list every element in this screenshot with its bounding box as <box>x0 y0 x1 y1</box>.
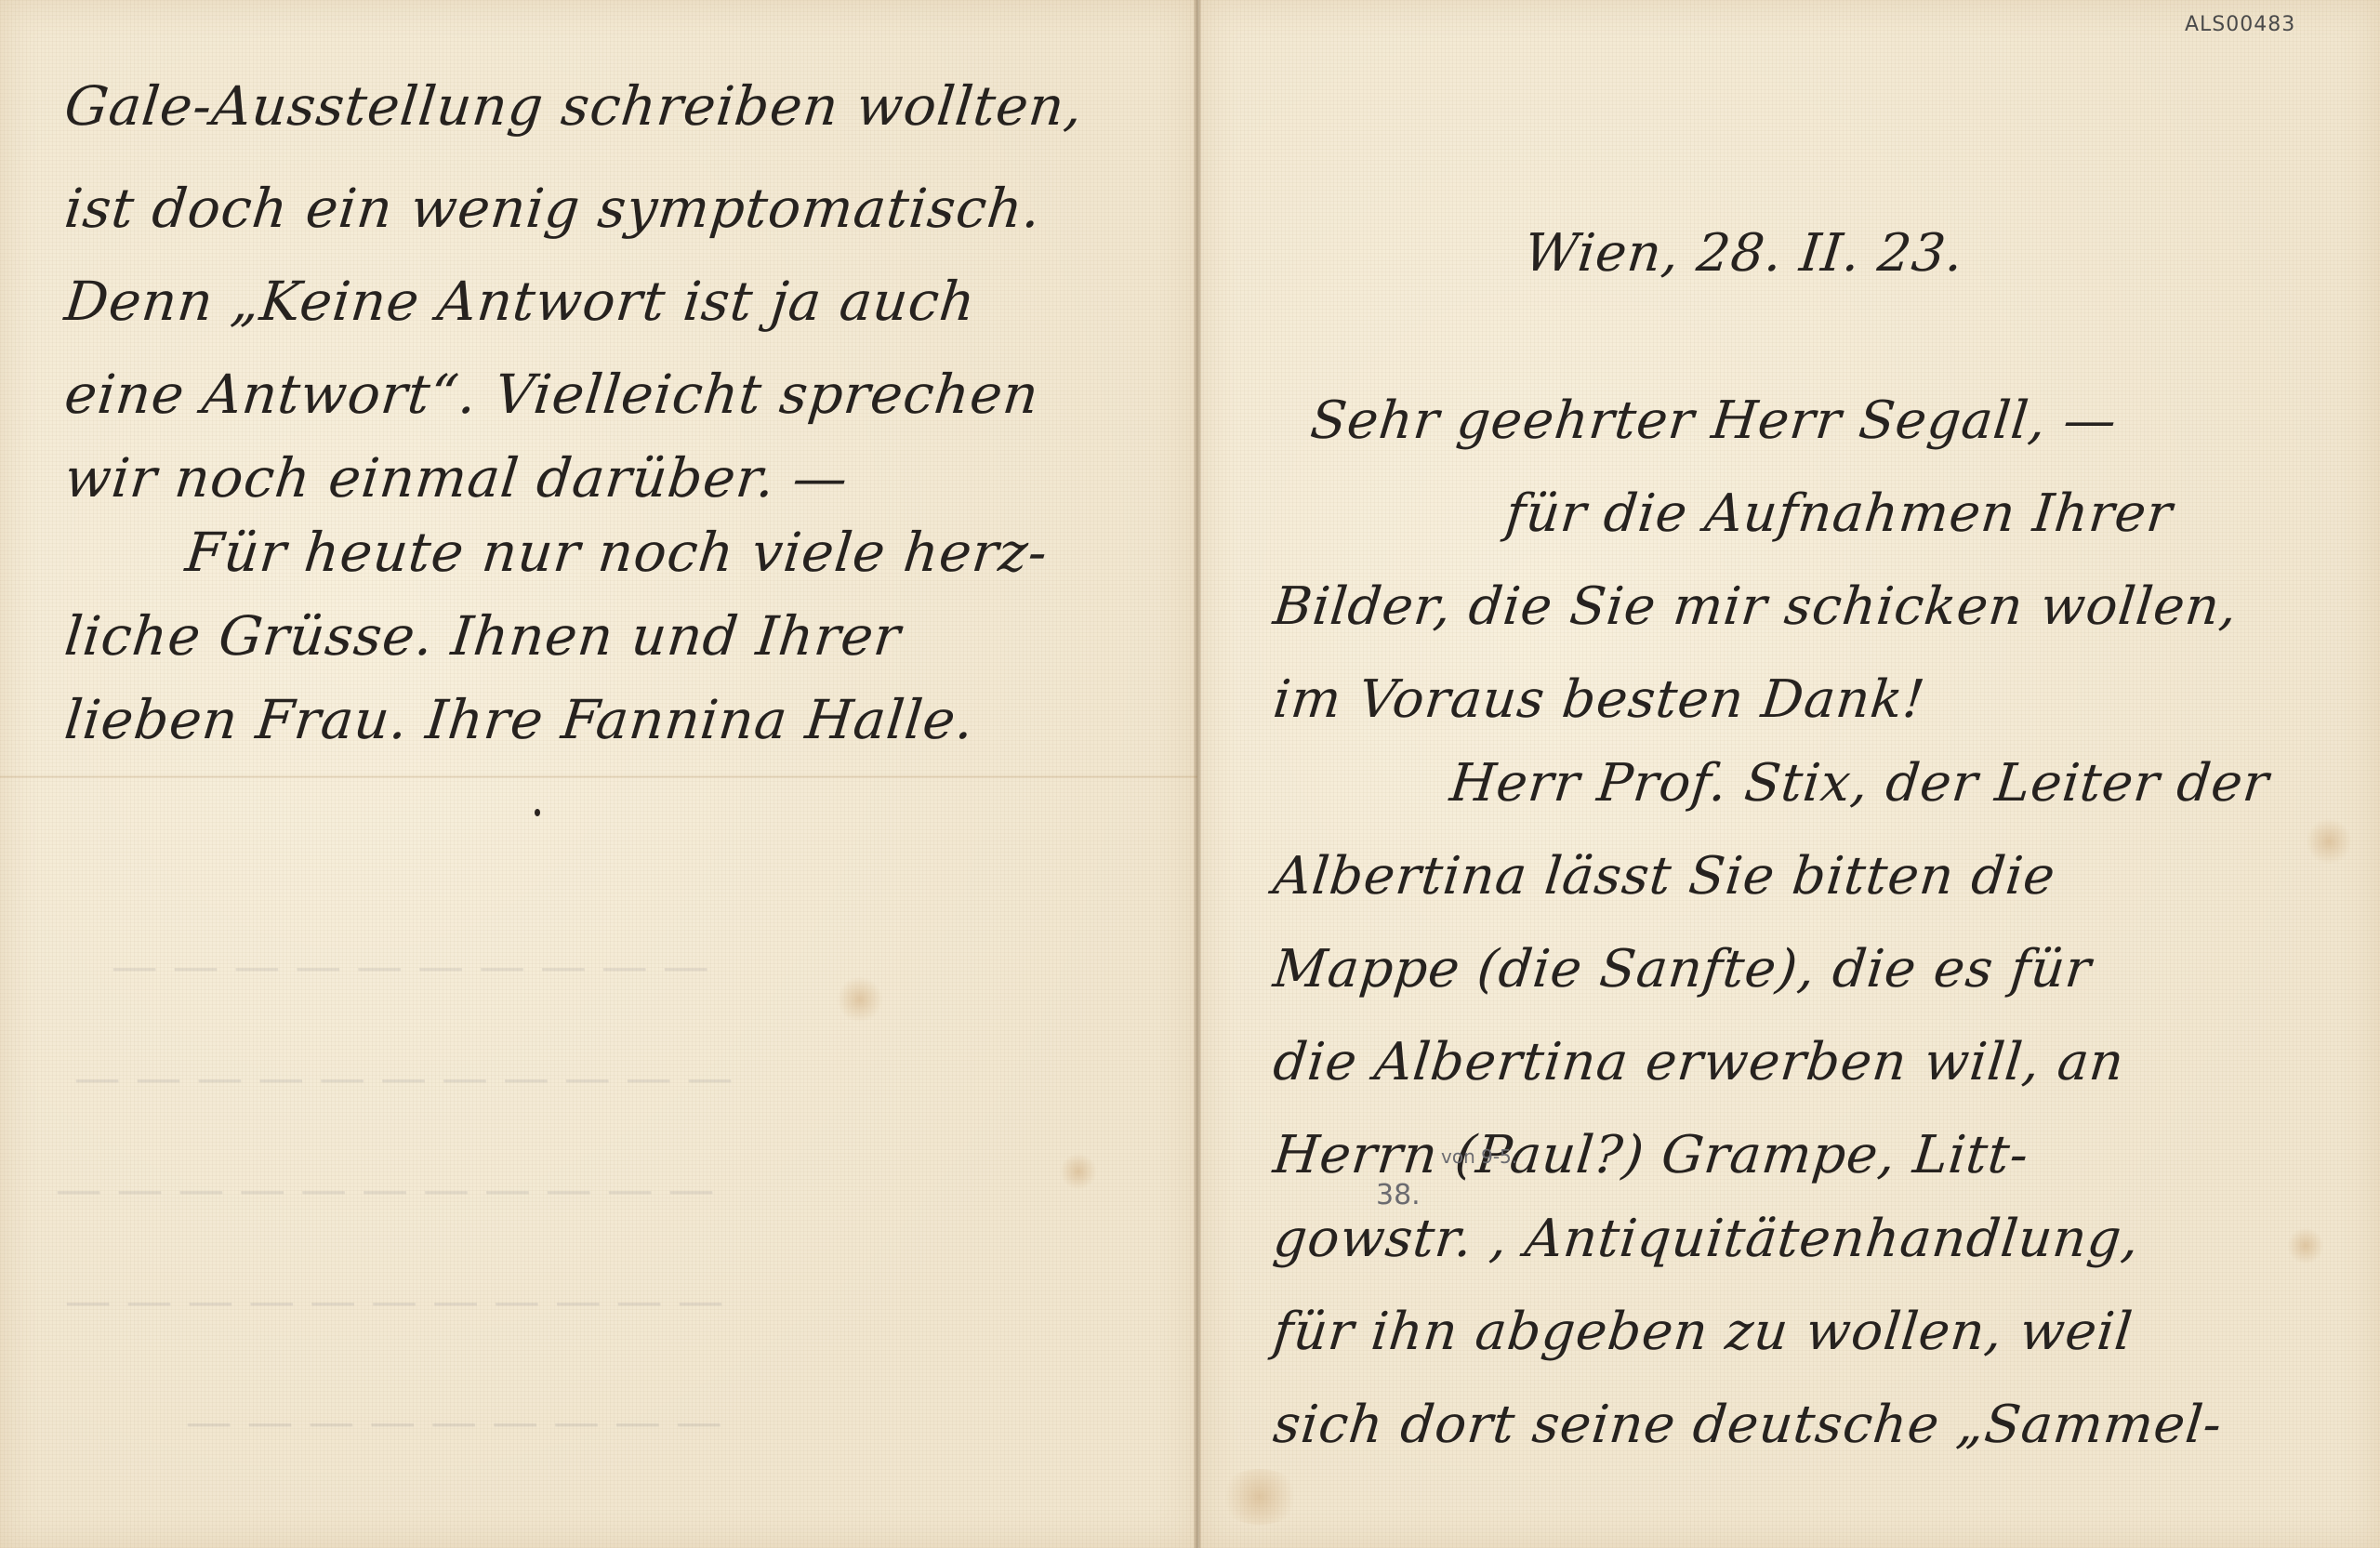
letter-line: Gale-Ausstellung schreiben wollten, <box>61 74 1086 138</box>
show-through-text: — — — — — — — — — <box>183 1395 725 1449</box>
letter-line: wir noch einmal darüber. — <box>61 446 851 509</box>
letter-line: Bilder, die Sie mir schicken wollen, <box>1271 576 2241 637</box>
letter-line: Mappe (die Sanfte), die es für <box>1271 939 2095 999</box>
letter-line: ist doch ein wenig symptomatisch. <box>61 177 1044 240</box>
letter-line: für die Aufnahmen Ihrer <box>1503 483 2176 544</box>
foxing-stain <box>2306 818 2352 865</box>
letter-line: Für heute nur noch viele herz- <box>182 521 1051 584</box>
foxing-stain <box>1218 1469 1302 1525</box>
letter-line-with-signature: lieben Frau. Ihre Fannina Halle. <box>61 688 977 751</box>
letter-line: die Albertina erwerben will, an <box>1271 1032 2128 1092</box>
letter-line: eine Antwort“. Vielleicht sprechen <box>61 363 1042 426</box>
pencil-house-number: 38. <box>1376 1179 1421 1211</box>
page-spine <box>1194 0 1201 1548</box>
salutation: Sehr geehrter Herr Segall, — <box>1308 390 2121 451</box>
letter-line: für ihn abgeben zu wollen, weil <box>1271 1302 2136 1362</box>
show-through-text: — — — — — — — — — — — <box>53 1162 718 1216</box>
horizontal-fold <box>0 775 1197 778</box>
letter-line: im Voraus besten Dank! <box>1271 669 1928 730</box>
foxing-stain <box>2287 1227 2324 1264</box>
letter-line: liche Grüsse. Ihnen und Ihrer <box>61 604 904 668</box>
archive-id-stamp: ALS00483 <box>2185 13 2295 36</box>
letter-line: Denn „Keine Antwort ist ja auch <box>61 270 978 333</box>
letter-line: sich dort seine deutsche „Sammel- <box>1271 1395 2226 1455</box>
letter-line: Herr Prof. Stix, der Leiter der <box>1448 753 2272 814</box>
letter-line: Herrn (Paul?) Grampe, Litt- <box>1271 1125 2032 1185</box>
foxing-stain <box>837 976 883 1023</box>
letter-line: gowstr. , Antiquitätenhandlung, <box>1271 1209 2143 1269</box>
show-through-text: — — — — — — — — — — — <box>72 1051 736 1105</box>
place-date: Wien, 28. II. 23. <box>1522 223 1967 284</box>
pencil-hours-note: von 9-5. <box>1441 1145 1517 1168</box>
letter-scan: — — — — — — — — — — — — — — — — — — — — … <box>0 0 2380 1548</box>
show-through-text: — — — — — — — — — — — <box>62 1274 727 1328</box>
foxing-stain <box>1060 1153 1097 1190</box>
letter-line: Albertina lässt Sie bitten die <box>1271 846 2059 906</box>
show-through-text: — — — — — — — — — — <box>109 939 712 993</box>
ink-blot <box>535 809 540 816</box>
